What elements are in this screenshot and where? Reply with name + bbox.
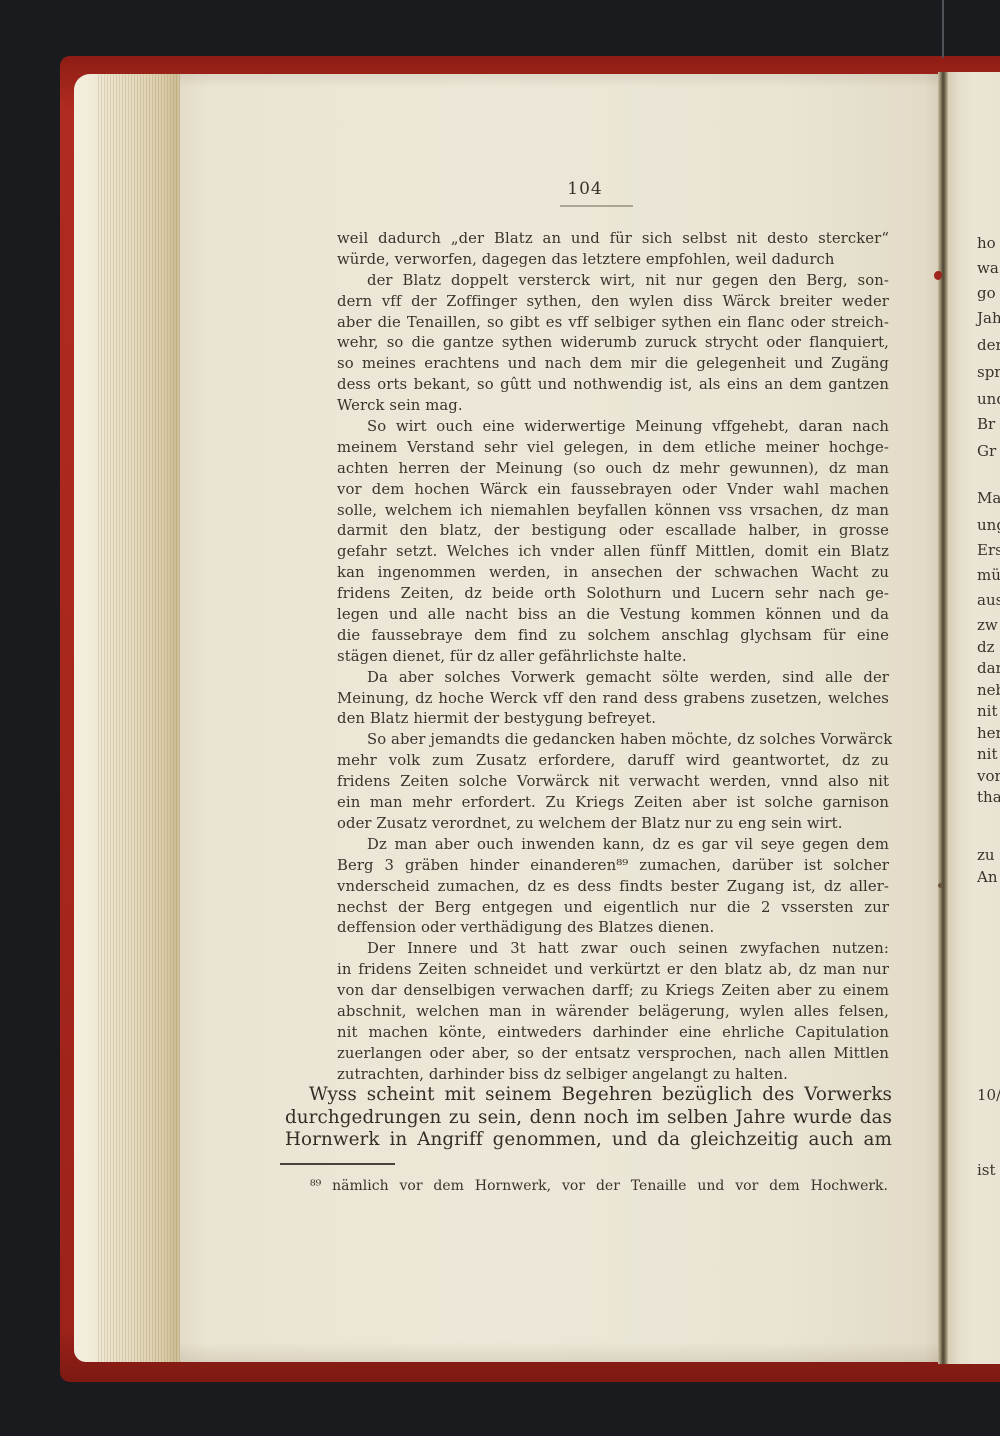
quote-line: zuerlangen oder aber, so der entsatz ver… xyxy=(337,1044,889,1065)
facing-text-fragment: Ma xyxy=(977,488,1000,508)
quote-line: Der Innere und 3t hatt zwar ouch seinen … xyxy=(337,939,889,960)
facing-text-fragment: dz xyxy=(977,637,995,657)
facing-text-fragment: ung xyxy=(977,515,1000,535)
quote-line: solle, welchem ich niemahlen beyfallen k… xyxy=(337,501,889,522)
quote-line: mehr volk zum Zusatz erfordere, daruff w… xyxy=(337,751,889,772)
facing-text-fragment: tha xyxy=(977,787,1000,807)
quote-line: legen und alle nacht biss an die Vestung… xyxy=(337,605,889,626)
facing-text-fragment: vor xyxy=(977,766,1000,786)
page-number-rule xyxy=(560,205,633,207)
quote-line: ein man mehr erfordert. Zu Kriegs Zeiten… xyxy=(337,793,889,814)
quote-block: weil dadurch „der Blatz an und für sich … xyxy=(337,229,889,1086)
quote-line: Berg 3 gräben hinder einanderen⁸⁹ zumach… xyxy=(337,856,889,877)
red-cover-speck xyxy=(934,271,942,280)
facing-text-fragment: ist xyxy=(977,1160,996,1180)
body-line: durchgedrungen zu sein, denn noch im sel… xyxy=(285,1107,892,1130)
quote-line: Meinung, dz hoche Werck vff den rand des… xyxy=(337,689,889,710)
facing-text-fragment: Ers xyxy=(977,540,1000,560)
quote-line: gefahr setzt. Welches ich vnder allen fü… xyxy=(337,542,889,563)
facing-text-fragment: spr xyxy=(977,362,1000,382)
quote-line: oder Zusatz verordnet, zu welchem der Bl… xyxy=(337,814,889,835)
facing-text-fragment: aus xyxy=(977,590,1000,610)
gutter-shadow xyxy=(938,72,948,1364)
facing-text-fragment: nit xyxy=(977,744,998,764)
quote-line: Dz man aber ouch inwenden kann, dz es ga… xyxy=(337,835,889,856)
quote-line: Da aber solches Vorwerk gemacht sölte we… xyxy=(337,668,889,689)
facing-text-fragment: Gr xyxy=(977,441,996,461)
footnote: ⁸⁹ nämlich vor dem Hornwerk, vor der Ten… xyxy=(310,1178,888,1194)
quote-line: achten herren der Meinung (so ouch dz me… xyxy=(337,459,889,480)
facing-text-fragment: nit xyxy=(977,701,998,721)
facing-text-fragment: Br xyxy=(977,414,995,434)
footnote-rule xyxy=(280,1163,395,1165)
body-line: Hornwerk in Angriff genommen, und da gle… xyxy=(285,1129,892,1152)
quote-line: So aber jemandts die gedancken haben möc… xyxy=(337,730,889,751)
quote-line: aber die Tenaillen, so gibt es vff selbi… xyxy=(337,313,889,334)
quote-line: würde, verworfen, dagegen das letztere e… xyxy=(337,250,889,271)
quote-line: stägen dienet, für dz aller gefährlichst… xyxy=(337,647,889,668)
gutter-speck xyxy=(938,883,943,888)
facing-text-fragment: der xyxy=(977,335,1000,355)
quote-line: in fridens Zeiten schneidet und verkürtz… xyxy=(337,960,889,981)
facing-text-fragment: go xyxy=(977,283,996,303)
facing-text-fragment: her xyxy=(977,723,1000,743)
left-page: 104 weil dadurch „der Blatz an und für s… xyxy=(180,74,938,1362)
facing-text-fragment: dar xyxy=(977,658,1000,678)
quote-line: so meines erachtens und nach dem mir die… xyxy=(337,354,889,375)
quote-line: wehr, so die gantze sythen widerumb zuru… xyxy=(337,333,889,354)
page-number: 104 xyxy=(535,179,635,199)
quote-line: meinem Verstand sehr viel gelegen, in de… xyxy=(337,438,889,459)
facing-text-fragment: und xyxy=(977,389,1000,409)
body-paragraph: Wyss scheint mit seinem Begehren bezügli… xyxy=(285,1084,892,1152)
quote-line: Werck sein mag. xyxy=(337,396,889,417)
quote-line: dess orts bekant, so gûtt und nothwendig… xyxy=(337,375,889,396)
quote-line: deffension oder verthädigung des Blatzes… xyxy=(337,918,889,939)
quote-line: So wirt ouch eine widerwertige Meinung v… xyxy=(337,417,889,438)
quote-line: abschnit, welchen man in wärender beläge… xyxy=(337,1002,889,1023)
facing-text-fragment: ho xyxy=(977,233,996,253)
facing-text-fragment: Jah xyxy=(977,308,1000,328)
quote-line: nit machen könte, eintweders darhinder e… xyxy=(337,1023,889,1044)
right-page-sliver: howagoJahdersprundBrGrMaungErsmüauszwdzd… xyxy=(948,72,1000,1364)
quote-line: der Blatz doppelt versterck wirt, nit nu… xyxy=(337,271,889,292)
page-stack-fore-edge xyxy=(74,74,186,1362)
quote-line: von dar denselbigen verwachen darff; zu … xyxy=(337,981,889,1002)
quote-line: fridens Zeiten, dz beide orth Solothurn … xyxy=(337,584,889,605)
facing-text-fragment: zw xyxy=(977,615,998,635)
page-edge-stripes xyxy=(98,74,180,1362)
facing-text-fragment: 10/ xyxy=(977,1085,1000,1105)
quote-line: vor dem hochen Wärck ein faussebrayen od… xyxy=(337,480,889,501)
quote-line: kan ingenommen werden, in ansechen der s… xyxy=(337,563,889,584)
red-book-cover: 104 weil dadurch „der Blatz an und für s… xyxy=(60,56,1000,1382)
body-line: Wyss scheint mit seinem Begehren bezügli… xyxy=(285,1084,892,1107)
quote-line: nechst der Berg entgegen und eigentlich … xyxy=(337,898,889,919)
quote-line: darmit den blatz, der bestigung oder esc… xyxy=(337,521,889,542)
facing-text-fragment: An xyxy=(977,867,998,887)
quote-line: dern vff der Zoffinger sythen, den wylen… xyxy=(337,292,889,313)
quote-line: die faussebraye dem find zu solchem ansc… xyxy=(337,626,889,647)
quote-line: den Blatz hiermit der bestygung befreyet… xyxy=(337,709,889,730)
book-photo-background: 104 weil dadurch „der Blatz an und für s… xyxy=(0,0,1000,1436)
quote-line: zutrachten, darhinder biss dz selbiger a… xyxy=(337,1065,889,1086)
facing-text-fragment: wa xyxy=(977,258,999,278)
quote-line: weil dadurch „der Blatz an und für sich … xyxy=(337,229,889,250)
facing-text-fragment: zu xyxy=(977,845,995,865)
quote-line: vnderscheid zumachen, dz es dess findts … xyxy=(337,877,889,898)
facing-text-fragment: mü xyxy=(977,565,1000,585)
quote-line: fridens Zeiten solche Vorwärck nit verwa… xyxy=(337,772,889,793)
spine-highlight xyxy=(942,0,944,58)
facing-text-fragment: neb xyxy=(977,680,1000,700)
